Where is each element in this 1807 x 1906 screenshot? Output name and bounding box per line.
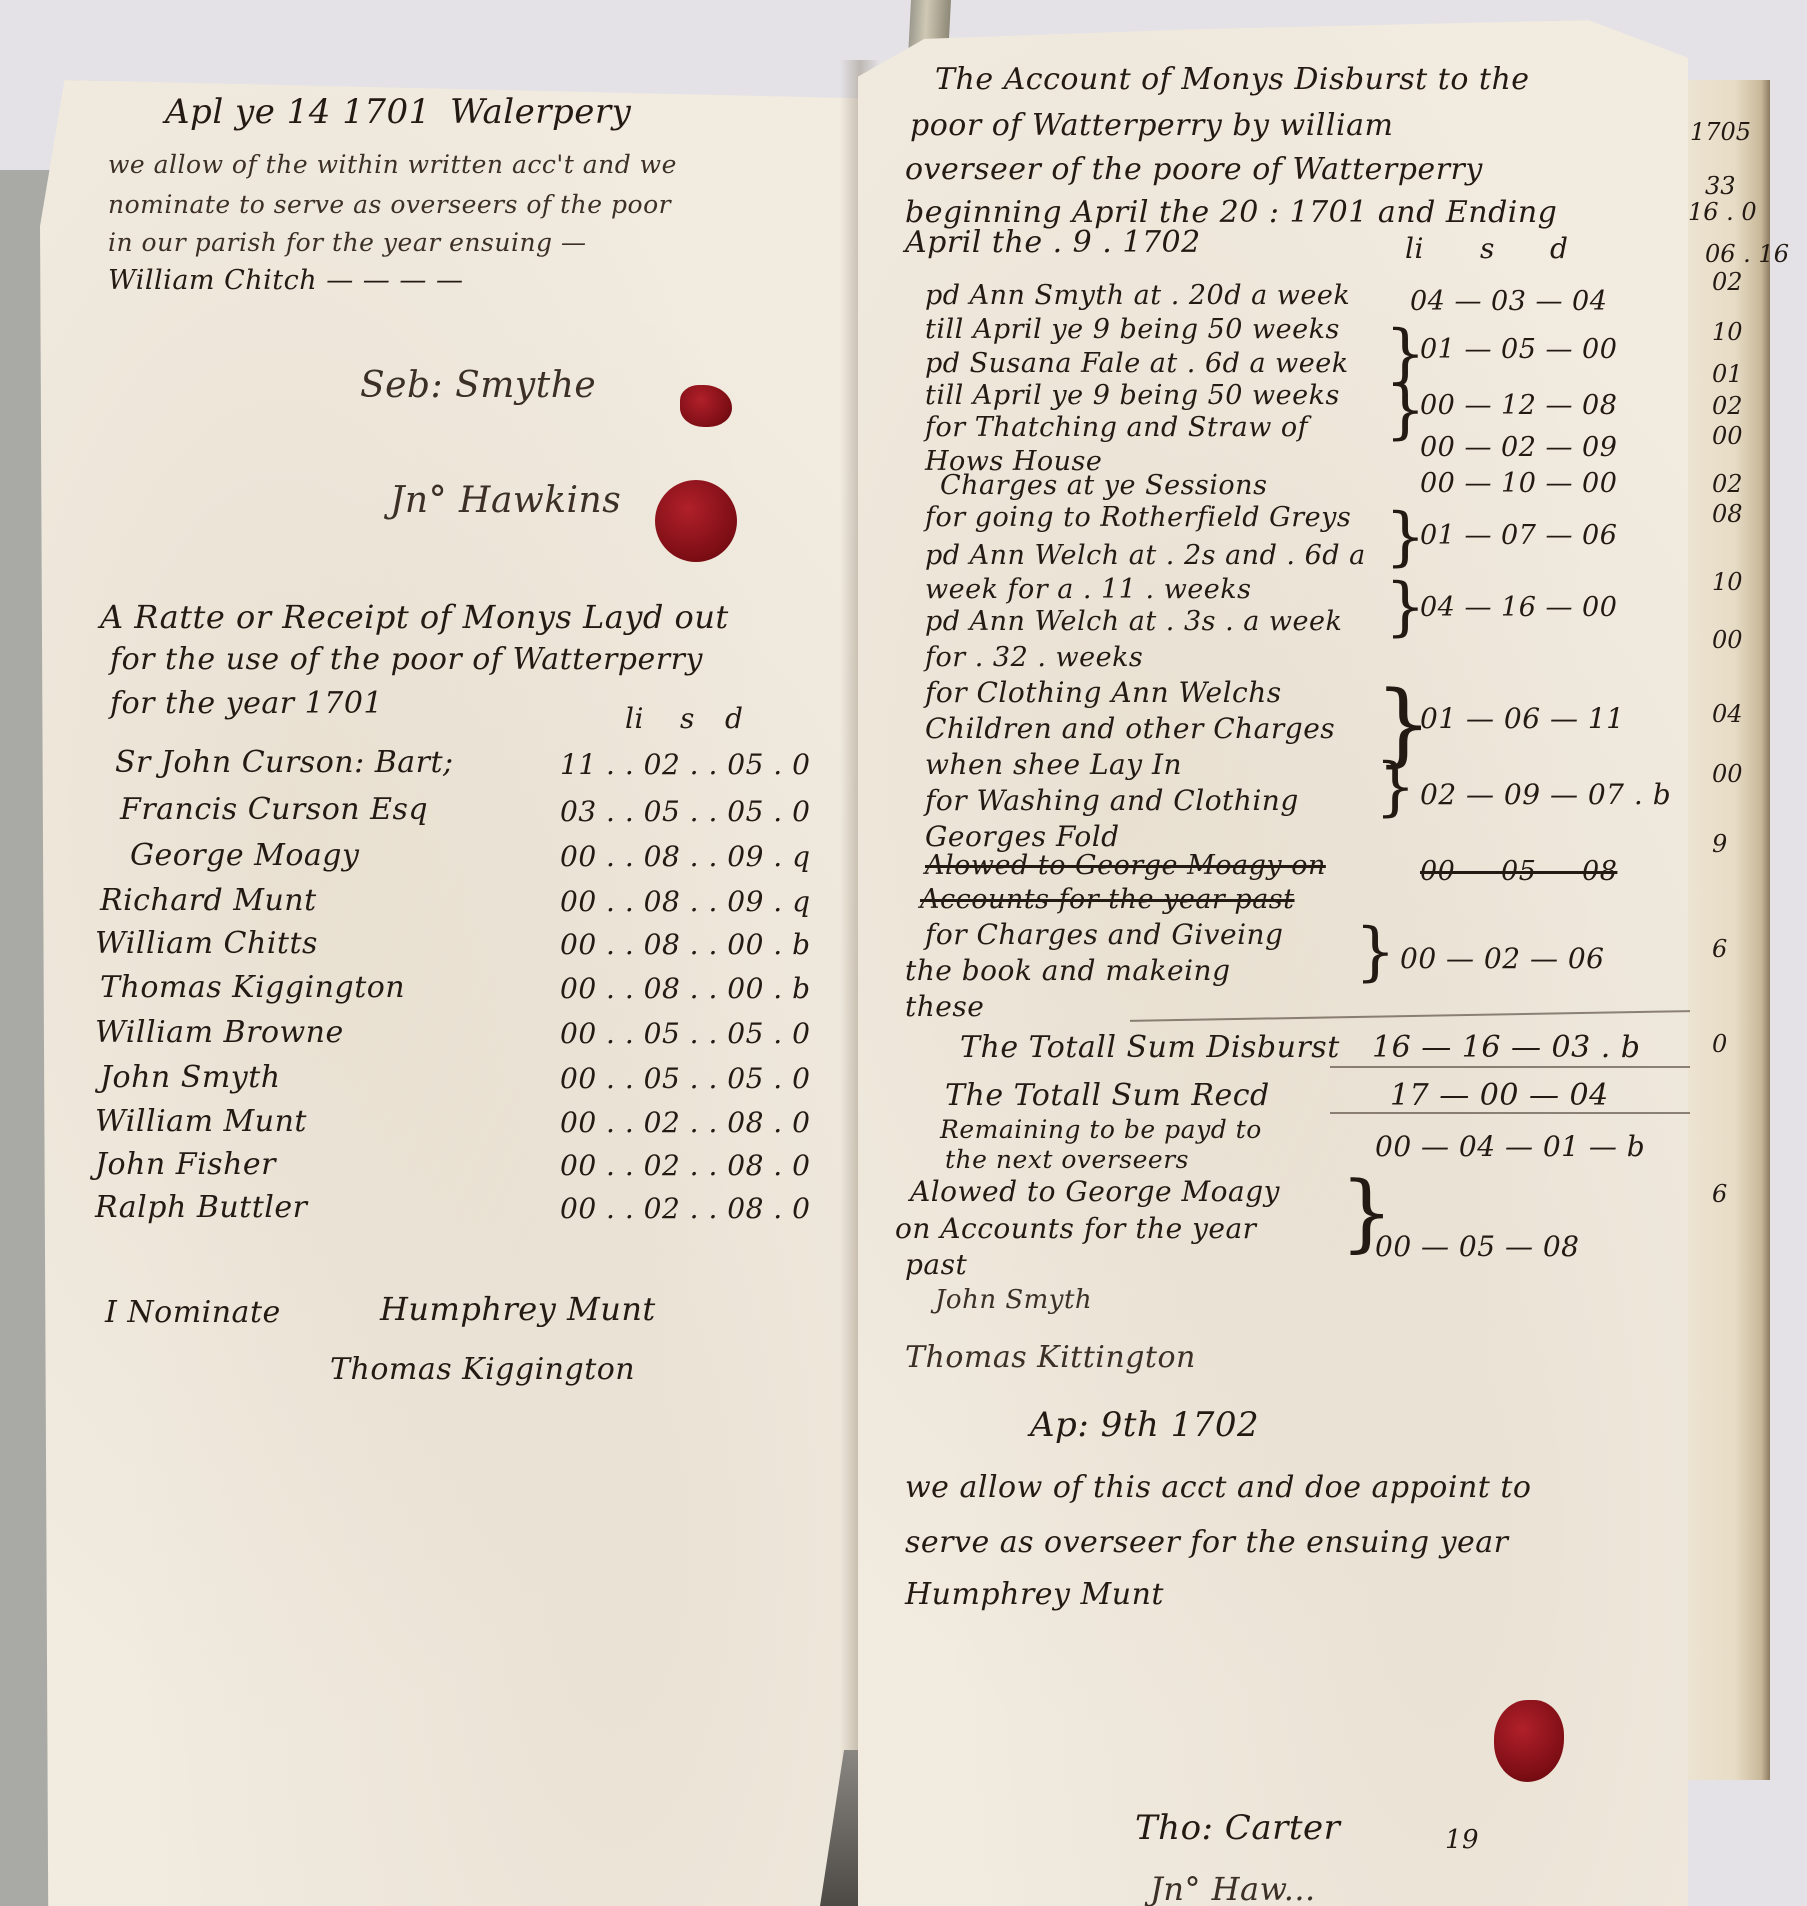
margin-value: 10 bbox=[1712, 568, 1743, 596]
rate-row-name: Francis Curson Esq bbox=[120, 792, 428, 827]
entry-line: when shee Lay In bbox=[925, 748, 1182, 781]
margin-value: 02 bbox=[1712, 470, 1743, 498]
margin-value: 08 bbox=[1712, 500, 1743, 528]
rate-row-amount: 11 . . 02 . . 05 . 0 bbox=[560, 748, 810, 781]
account-col-shillings: s bbox=[1480, 232, 1495, 265]
margin-value: 01 bbox=[1712, 360, 1743, 388]
margin-value: 10 bbox=[1712, 318, 1743, 346]
divider-line bbox=[1330, 1066, 1690, 1068]
entry-line-struck: Accounts for the year past bbox=[920, 884, 1295, 915]
rate-row-name: George Moagy bbox=[130, 838, 359, 873]
nominee-name: William Chitch — — — — bbox=[108, 265, 463, 296]
rate-heading-1: A Ratte or Receipt of Monys Layd out bbox=[100, 598, 729, 636]
entry-line: pd Ann Smyth at . 20d a week bbox=[925, 280, 1350, 311]
total-received-label: The Totall Sum Recd bbox=[945, 1078, 1270, 1113]
account-heading-5: April the . 9 . 1702 bbox=[905, 225, 1201, 260]
rate-col-pence: d bbox=[725, 702, 743, 735]
rate-row-name: William Chitts bbox=[95, 926, 318, 961]
entry-line: Georges Fold bbox=[925, 820, 1120, 853]
margin-value: 6 bbox=[1712, 1180, 1727, 1208]
allowed-line-2: on Accounts for the year bbox=[895, 1212, 1257, 1245]
rate-row-name: Ralph Buttler bbox=[95, 1190, 308, 1225]
approval-line-1: we allow of this acct and doe appoint to bbox=[905, 1470, 1532, 1505]
brace: } bbox=[1375, 755, 1416, 819]
signature-jn-hawkins: Jn° Hawkins bbox=[390, 480, 621, 521]
nomination-name-1: Humphrey Munt bbox=[380, 1290, 656, 1328]
entry-line: till April ye 9 being 50 weeks bbox=[925, 380, 1340, 411]
entry-line: for going to Rotherfield Greys bbox=[925, 502, 1351, 533]
entry-line: the book and makeing bbox=[905, 954, 1231, 987]
nomination-prefix: I Nominate bbox=[105, 1295, 281, 1330]
margin-header: 1705 bbox=[1690, 118, 1751, 146]
margin-value: 02 bbox=[1712, 268, 1743, 296]
rate-row-name: John Smyth bbox=[100, 1060, 281, 1095]
entry-line: for . 32 . weeks bbox=[925, 642, 1143, 673]
rate-row-amount: 00 . . 05 . . 05 . 0 bbox=[560, 1062, 810, 1095]
entry-line: for Thatching and Straw of bbox=[925, 412, 1308, 443]
entry-line: pd Susana Fale at . 6d a week bbox=[925, 348, 1349, 379]
margin-value: 00 bbox=[1712, 422, 1743, 450]
remaining-line-2: the next overseers bbox=[945, 1145, 1189, 1174]
rate-row-name: Richard Munt bbox=[100, 883, 317, 918]
rate-row-amount: 00 . . 05 . . 05 . 0 bbox=[560, 1017, 810, 1050]
entry-amount: 00 — 02 — 09 bbox=[1420, 432, 1617, 463]
margin-value: 04 bbox=[1712, 700, 1743, 728]
rate-heading-3: for the year 1701 bbox=[110, 686, 383, 721]
rate-row-amount: 00 . . 08 . . 00 . b bbox=[560, 972, 811, 1005]
left-heading-place: Walerpery bbox=[450, 92, 631, 132]
signature-john-smyth: John Smyth bbox=[935, 1285, 1092, 1315]
nomination-name-2: Thomas Kiggington bbox=[330, 1352, 635, 1387]
rate-row-name: Thomas Kiggington bbox=[100, 970, 405, 1005]
account-col-pence: d bbox=[1550, 232, 1568, 265]
rate-col-pounds: li bbox=[625, 702, 644, 735]
wax-seal-small bbox=[680, 385, 732, 427]
allowance-line-3: in our parish for the year ensuing — bbox=[108, 228, 587, 257]
entry-amount: 00 — 12 — 08 bbox=[1420, 390, 1617, 421]
wax-seal-large bbox=[655, 480, 737, 562]
margin-value: 16 . 0 bbox=[1688, 198, 1757, 226]
rate-row-amount: 00 . . 08 . . 00 . b bbox=[560, 928, 811, 961]
margin-value: 6 bbox=[1712, 935, 1727, 963]
account-col-pounds: li bbox=[1405, 232, 1424, 265]
divider-line bbox=[1330, 1112, 1690, 1114]
margin-value: 00 bbox=[1712, 626, 1743, 654]
total-disbursed-label: The Totall Sum Disburst bbox=[960, 1030, 1340, 1065]
allowed-amount: 00 — 05 — 08 bbox=[1375, 1230, 1580, 1263]
rate-row-amount: 00 . . 02 . . 08 . 0 bbox=[560, 1149, 810, 1182]
margin-value: 33 bbox=[1705, 172, 1736, 200]
entry-line: these bbox=[905, 990, 984, 1023]
rate-row-amount: 00 . . 08 . . 09 . q bbox=[560, 840, 811, 873]
margin-value: 0 bbox=[1712, 1030, 1727, 1058]
entry-amount: 00 — 10 — 00 bbox=[1420, 468, 1617, 499]
entry-line: till April ye 9 being 50 weeks bbox=[925, 314, 1340, 345]
approval-line-2: serve as overseer for the ensuing year bbox=[905, 1525, 1509, 1560]
allowance-line-2: nominate to serve as overseers of the po… bbox=[108, 190, 671, 219]
margin-value: 9 bbox=[1712, 830, 1727, 858]
entry-amount: 01 — 05 — 00 bbox=[1420, 334, 1617, 365]
rate-row-amount: 00 . . 02 . . 08 . 0 bbox=[560, 1192, 810, 1225]
entry-line: for Washing and Clothing bbox=[925, 784, 1299, 817]
entry-line: Charges at ye Sessions bbox=[940, 470, 1267, 501]
entry-line: week for a . 11 . weeks bbox=[925, 574, 1251, 605]
approval-date: Ap: 9th 1702 bbox=[1030, 1405, 1259, 1445]
margin-value: 00 bbox=[1712, 760, 1743, 788]
total-disbursed-amount: 16 — 16 — 03 . b bbox=[1372, 1030, 1640, 1065]
margin-value: 02 bbox=[1712, 392, 1743, 420]
entry-line: pd Ann Welch at . 2s and . 6d a bbox=[925, 540, 1366, 571]
entry-amount: 04 — 16 — 00 bbox=[1420, 592, 1617, 623]
entry-amount: 01 — 07 — 06 bbox=[1420, 520, 1617, 551]
allowance-line-1: we allow of the within written acc't and… bbox=[108, 150, 677, 179]
entry-amount: 04 — 03 — 04 bbox=[1410, 286, 1607, 317]
rate-heading-2: for the use of the poor of Watterperry bbox=[110, 642, 703, 677]
allowed-line-1: Alowed to George Moagy bbox=[910, 1175, 1280, 1208]
entry-amount: 02 — 09 — 07 . b bbox=[1420, 778, 1671, 811]
entry-amount-struck: 00 — 05 — 08 bbox=[1420, 856, 1617, 887]
signature-jn-haw: Jn° Haw... bbox=[1150, 1870, 1316, 1906]
remaining-amount: 00 — 04 — 01 — b bbox=[1375, 1130, 1645, 1163]
entry-line: for Charges and Giveing bbox=[925, 918, 1283, 951]
account-heading-1: The Account of Monys Disburst to the bbox=[935, 62, 1530, 97]
left-heading-date: Apl ye 14 1701 bbox=[165, 92, 431, 132]
brace: } bbox=[1355, 920, 1396, 984]
account-heading-3: overseer of the poore of Watterperry bbox=[905, 152, 1483, 187]
rate-row-amount: 00 . . 02 . . 08 . 0 bbox=[560, 1106, 810, 1139]
rate-row-name: William Browne bbox=[95, 1015, 344, 1050]
rate-row-amount: 00 . . 08 . . 09 . q bbox=[560, 885, 811, 918]
entry-line-struck: Alowed to George Moagy on bbox=[925, 850, 1326, 881]
signature-tho-carter: Tho: Carter bbox=[1135, 1808, 1340, 1848]
total-received-amount: 17 — 00 — 04 bbox=[1390, 1078, 1609, 1113]
rate-row-name: Sr John Curson: Bart; bbox=[115, 745, 454, 780]
remaining-line-1: Remaining to be payd to bbox=[940, 1115, 1262, 1144]
entry-amount: 01 — 06 — 11 bbox=[1420, 702, 1625, 735]
bottom-mark: 19 bbox=[1445, 1825, 1479, 1855]
entry-line: Children and other Charges bbox=[925, 712, 1335, 745]
entry-line: pd Ann Welch at . 3s . a week bbox=[925, 606, 1342, 637]
account-heading-2: poor of Watterperry by william bbox=[910, 108, 1393, 143]
rate-row-name: William Munt bbox=[95, 1104, 307, 1139]
allowed-line-3: past bbox=[905, 1248, 967, 1281]
approval-line-3: Humphrey Munt bbox=[905, 1577, 1164, 1612]
margin-value: 06 . 16 bbox=[1705, 240, 1789, 268]
signature-thomas-kittington: Thomas Kittington bbox=[905, 1340, 1196, 1375]
entry-line: for Clothing Ann Welchs bbox=[925, 676, 1282, 709]
entry-amount: 00 — 02 — 06 bbox=[1400, 942, 1605, 975]
rate-row-amount: 03 . . 05 . . 05 . 0 bbox=[560, 795, 810, 828]
signature-seb-smythe: Seb: Smythe bbox=[360, 365, 596, 406]
rate-col-shillings: s bbox=[680, 702, 695, 735]
rate-row-name: John Fisher bbox=[95, 1147, 276, 1182]
